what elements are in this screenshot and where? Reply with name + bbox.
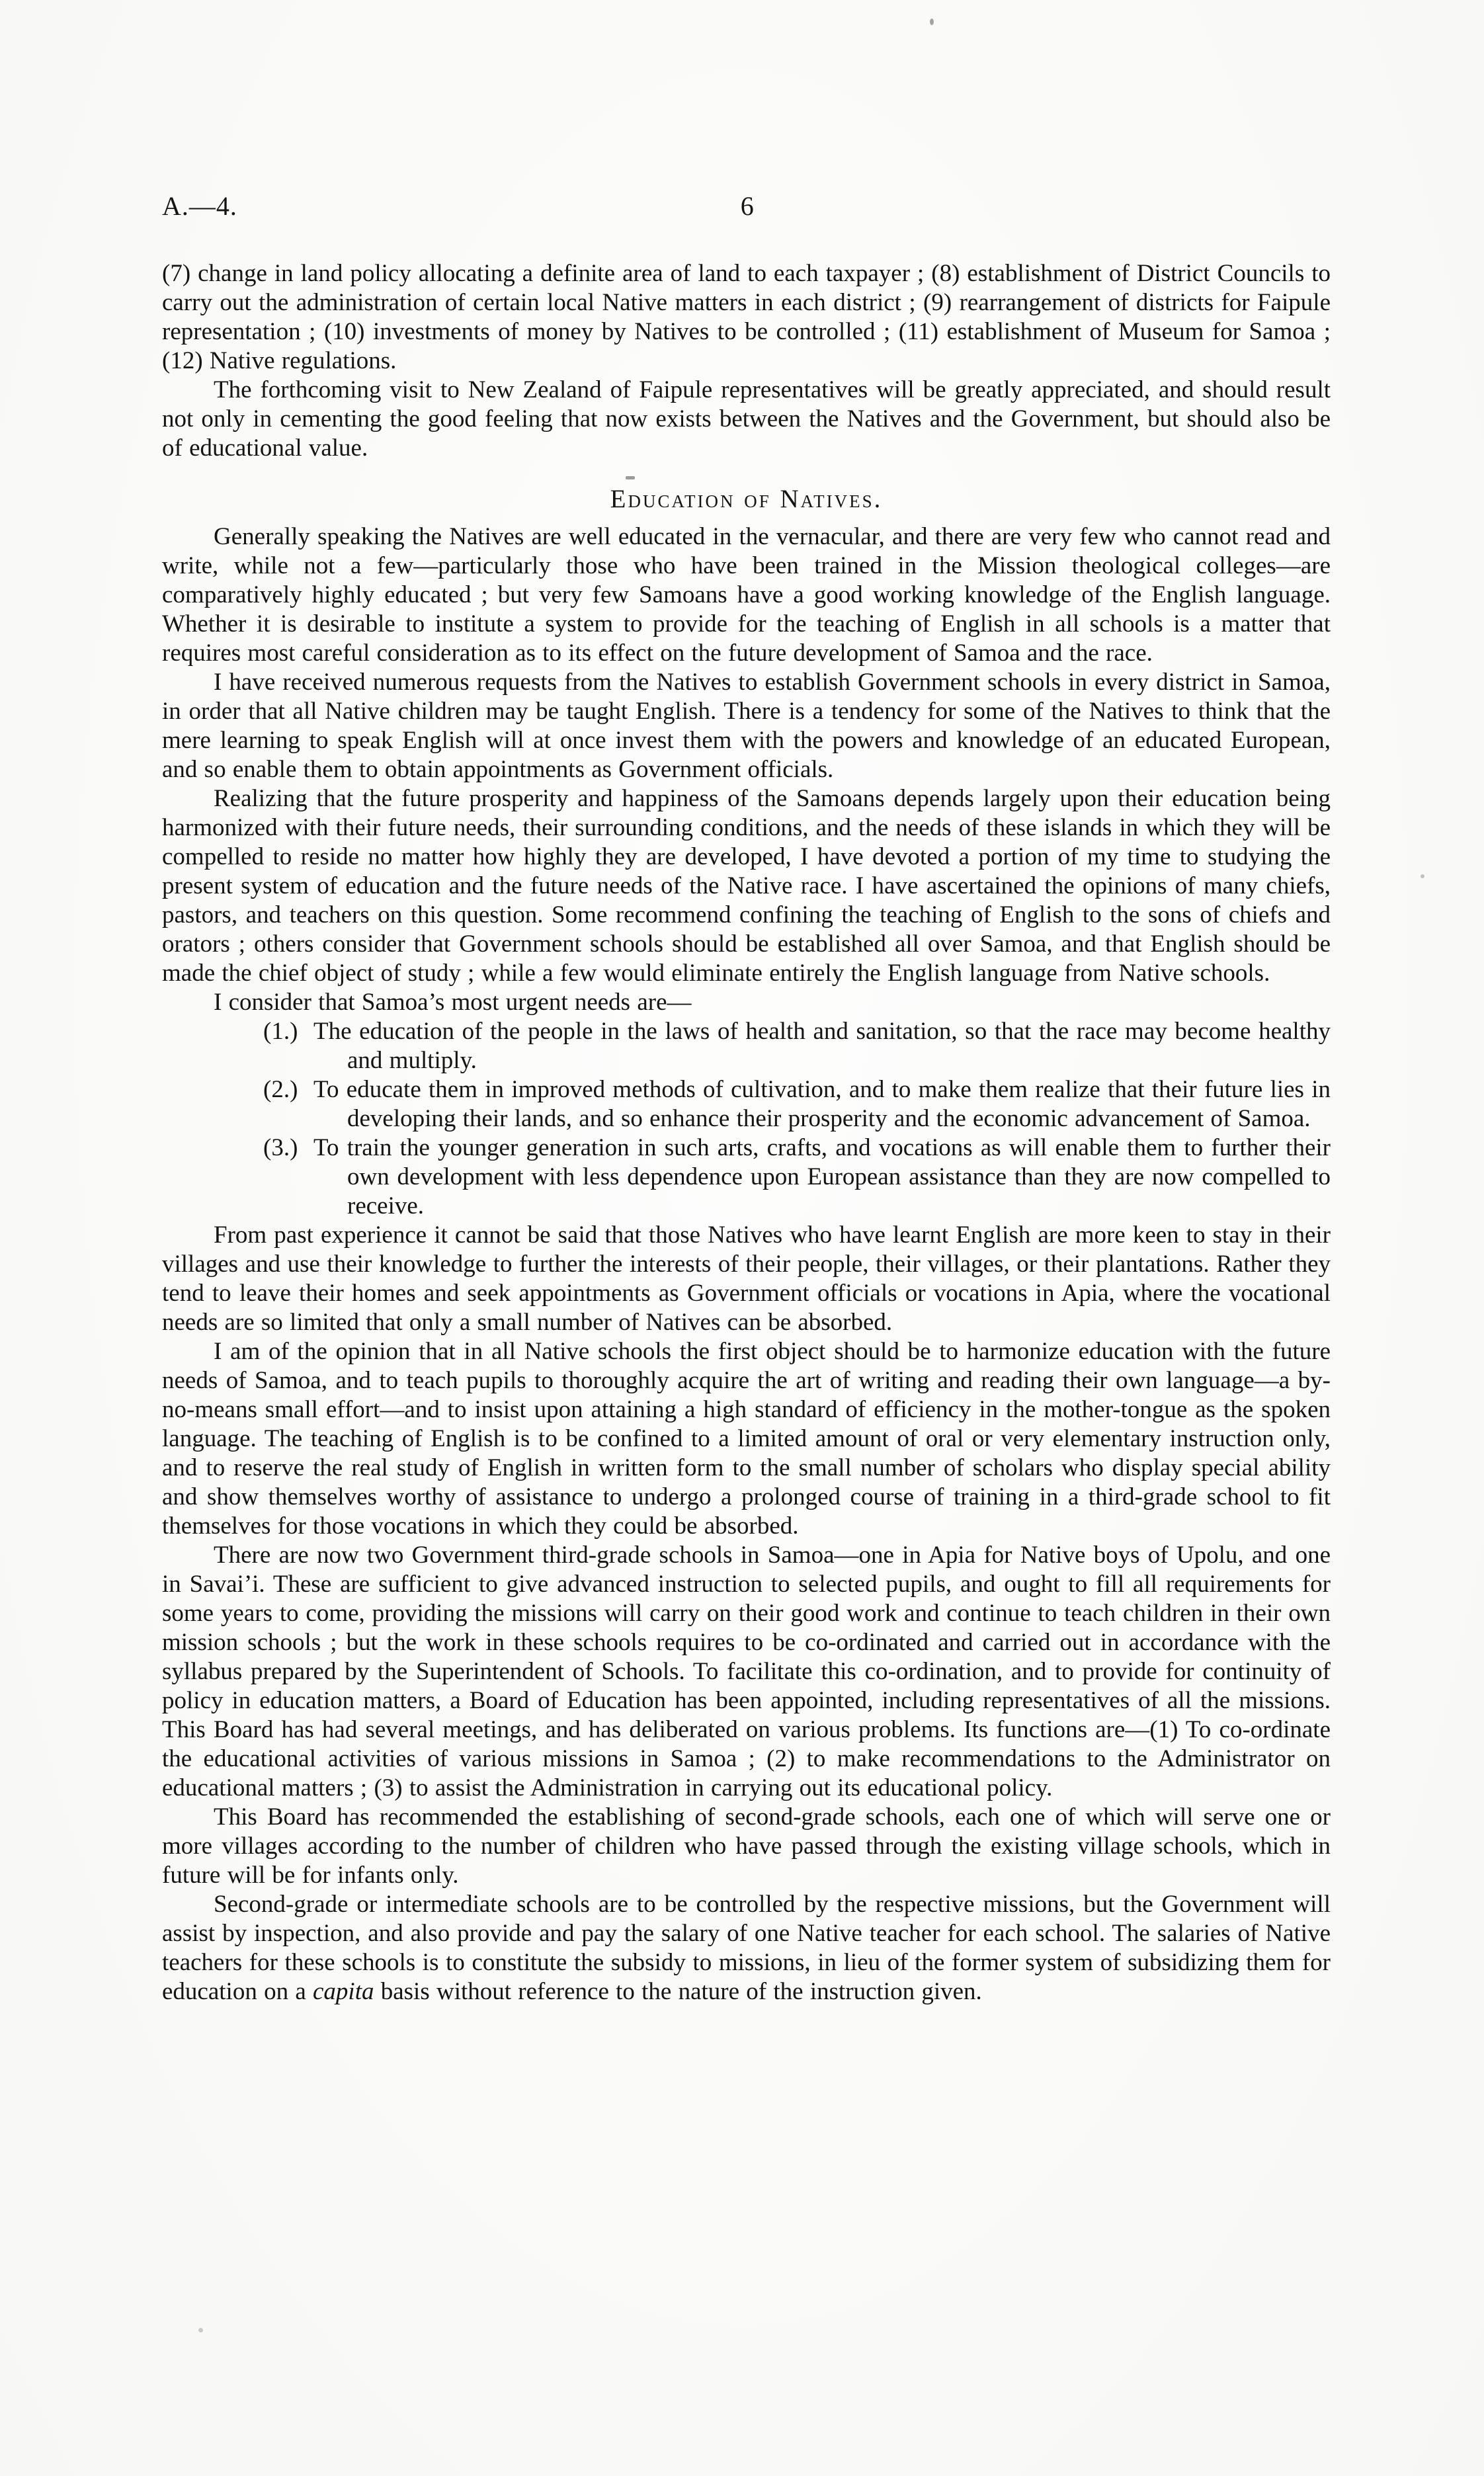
document-page: A.—4. 6 (7) change in land policy alloca…	[0, 0, 1484, 2476]
paragraph-realizing-future: Realizing that the future prosperity and…	[162, 784, 1331, 988]
scan-speck	[198, 2328, 203, 2332]
paragraph-text: basis without reference to the nature of…	[374, 1978, 981, 2005]
italic-term-capita: capita	[313, 1978, 374, 2005]
list-item-marker: (3.)	[263, 1134, 313, 1163]
page-number: 6	[741, 192, 754, 221]
page-body: (7) change in land policy allocating a d…	[162, 259, 1331, 2006]
page-header: A.—4. 6	[162, 192, 1331, 225]
paragraph-school-requests: I have received numerous requests from t…	[162, 668, 1331, 784]
list-item-text: The education of the people in the laws …	[313, 1018, 1331, 1074]
list-item: (2.)To educate them in improved methods …	[162, 1075, 1331, 1134]
scan-speck	[930, 19, 934, 25]
doc-ref: A.—4.	[162, 192, 237, 221]
needs-list: (1.)The education of the people in the l…	[162, 1017, 1331, 1221]
list-item: (3.)To train the younger generation in s…	[162, 1134, 1331, 1221]
paragraph-past-experience: From past experience it cannot be said t…	[162, 1221, 1331, 1337]
list-item-marker: (2.)	[263, 1075, 313, 1104]
paragraph-board-recommendation: This Board has recommended the establish…	[162, 1803, 1331, 1890]
list-item-text: To educate them in improved methods of c…	[313, 1076, 1331, 1132]
scan-speck	[1421, 874, 1424, 878]
paragraph-generally-speaking: Generally speaking the Natives are well …	[162, 522, 1331, 668]
list-item-text: To train the younger generation in such …	[313, 1134, 1331, 1219]
paragraph-third-grade-schools: There are now two Government third-grade…	[162, 1541, 1331, 1803]
paragraph-forthcoming-visit: The forthcoming visit to New Zealand of …	[162, 376, 1331, 463]
scan-speck	[626, 476, 635, 479]
paragraph-continuation-items: (7) change in land policy allocating a d…	[162, 259, 1331, 376]
paragraph-first-object: I am of the opinion that in all Native s…	[162, 1337, 1331, 1541]
paragraph-second-grade-schools: Second-grade or intermediate schools are…	[162, 1890, 1331, 2006]
list-item-marker: (1.)	[263, 1017, 313, 1046]
paragraph-urgent-needs-intro: I consider that Samoa’s most urgent need…	[162, 988, 1331, 1017]
section-heading: Education of Natives.	[162, 484, 1331, 515]
list-item: (1.)The education of the people in the l…	[162, 1017, 1331, 1075]
